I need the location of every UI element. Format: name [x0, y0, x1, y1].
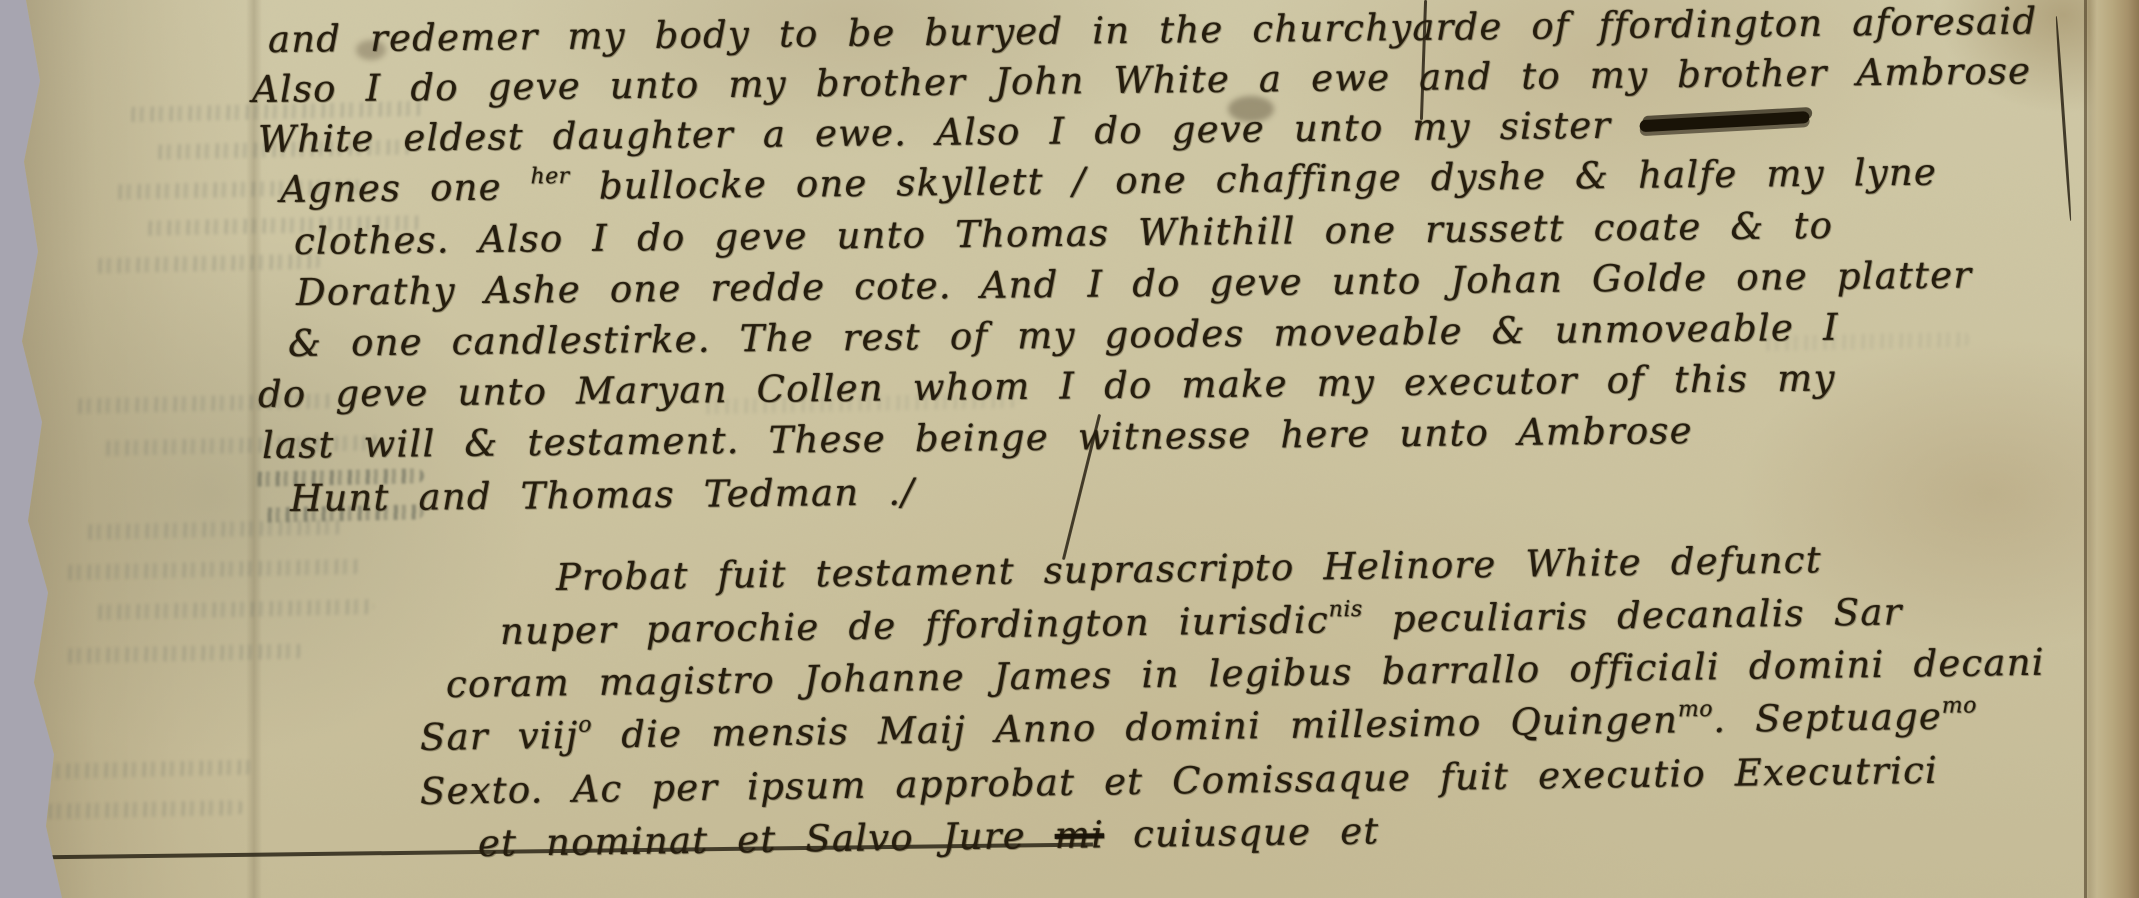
manuscript-line: Sexto. Ac per ipsum approbat et Comissaq… [420, 749, 1939, 813]
parchment-paper: and redemer my body to be buryed in the … [0, 0, 2139, 898]
manuscript-text: . Septuage [1713, 695, 1942, 741]
manuscript-line: Agnes one her bullocke one skyllett / on… [280, 151, 1937, 211]
manuscript-text: Dorathy Ashe one redde cote. And I do ge… [296, 253, 1973, 314]
ink-blot-strikeout [1640, 111, 1810, 132]
page-right-edge [2083, 0, 2139, 898]
manuscript-text: et nominat et Salvo Jure [478, 814, 1055, 865]
manuscript-line: Dorathy Ashe one redde cote. And I do ge… [296, 253, 1973, 314]
manuscript-line: Sar viijo die mensis Maij Anno domini mi… [420, 694, 1978, 759]
manuscript-line: nuper parochie de ffordington iurisdicni… [500, 590, 1903, 653]
manuscript-line: Hunt and Thomas Tedman ./ [290, 470, 915, 520]
manuscript-text: White eldest daughter a ewe. Also I do g… [258, 104, 1641, 161]
manuscript-text: die mensis Maij Anno domini millesimo Qu… [592, 698, 1678, 756]
manuscript-text: Sexto. Ac per ipsum approbat et Comissaq… [420, 749, 1939, 813]
interlinear-insertion: mo [1942, 693, 1977, 718]
manuscript-text: cuiusque et [1104, 809, 1380, 856]
interlinear-insertion: o [578, 713, 592, 738]
manuscript-text: & one candlestirke. The rest of my goode… [288, 306, 1839, 365]
manuscript-text: mi [1054, 813, 1104, 857]
manuscript-line: White eldest daughter a ewe. Also I do g… [258, 102, 1811, 161]
manuscript-text: peculiaris decanalis Sar [1363, 590, 1903, 641]
interlinear-insertion: nis [1329, 597, 1363, 622]
manuscript-text: Probat fuit testament suprascripto Helin… [556, 538, 1822, 599]
manuscript-text: Agnes one [280, 165, 531, 211]
manuscript-line: Probat fuit testament suprascripto Helin… [556, 538, 1822, 599]
manuscript-line: clothes. Also I do geve unto Thomas Whit… [294, 204, 1834, 263]
manuscript-text: last will & testament. These beinge witn… [262, 409, 1693, 467]
interlinear-insertion: mo [1678, 697, 1713, 722]
manuscript-text: bullocke one skyllett / one chaffinge dy… [570, 151, 1938, 208]
manuscript-scan: and redemer my body to be buryed in the … [0, 0, 2139, 898]
manuscript-line: do geve unto Maryan Collen whom I do mak… [258, 356, 1836, 416]
manuscript-line: et nominat et Salvo Jure mi cuiusque et [478, 809, 1380, 865]
manuscript-text: Hunt and Thomas Tedman ./ [290, 470, 915, 520]
manuscript-text: nuper parochie de ffordington iurisdic [500, 598, 1329, 653]
interlinear-insertion: her [530, 164, 569, 189]
manuscript-line: last will & testament. These beinge witn… [262, 409, 1693, 467]
manuscript-line: & one candlestirke. The rest of my goode… [288, 306, 1839, 365]
manuscript-text: Sar viij [420, 714, 579, 759]
manuscript-text: do geve unto Maryan Collen whom I do mak… [258, 356, 1836, 416]
manuscript-text-layer: and redemer my body to be buryed in the … [0, 0, 2139, 898]
manuscript-text: clothes. Also I do geve unto Thomas Whit… [294, 204, 1834, 263]
